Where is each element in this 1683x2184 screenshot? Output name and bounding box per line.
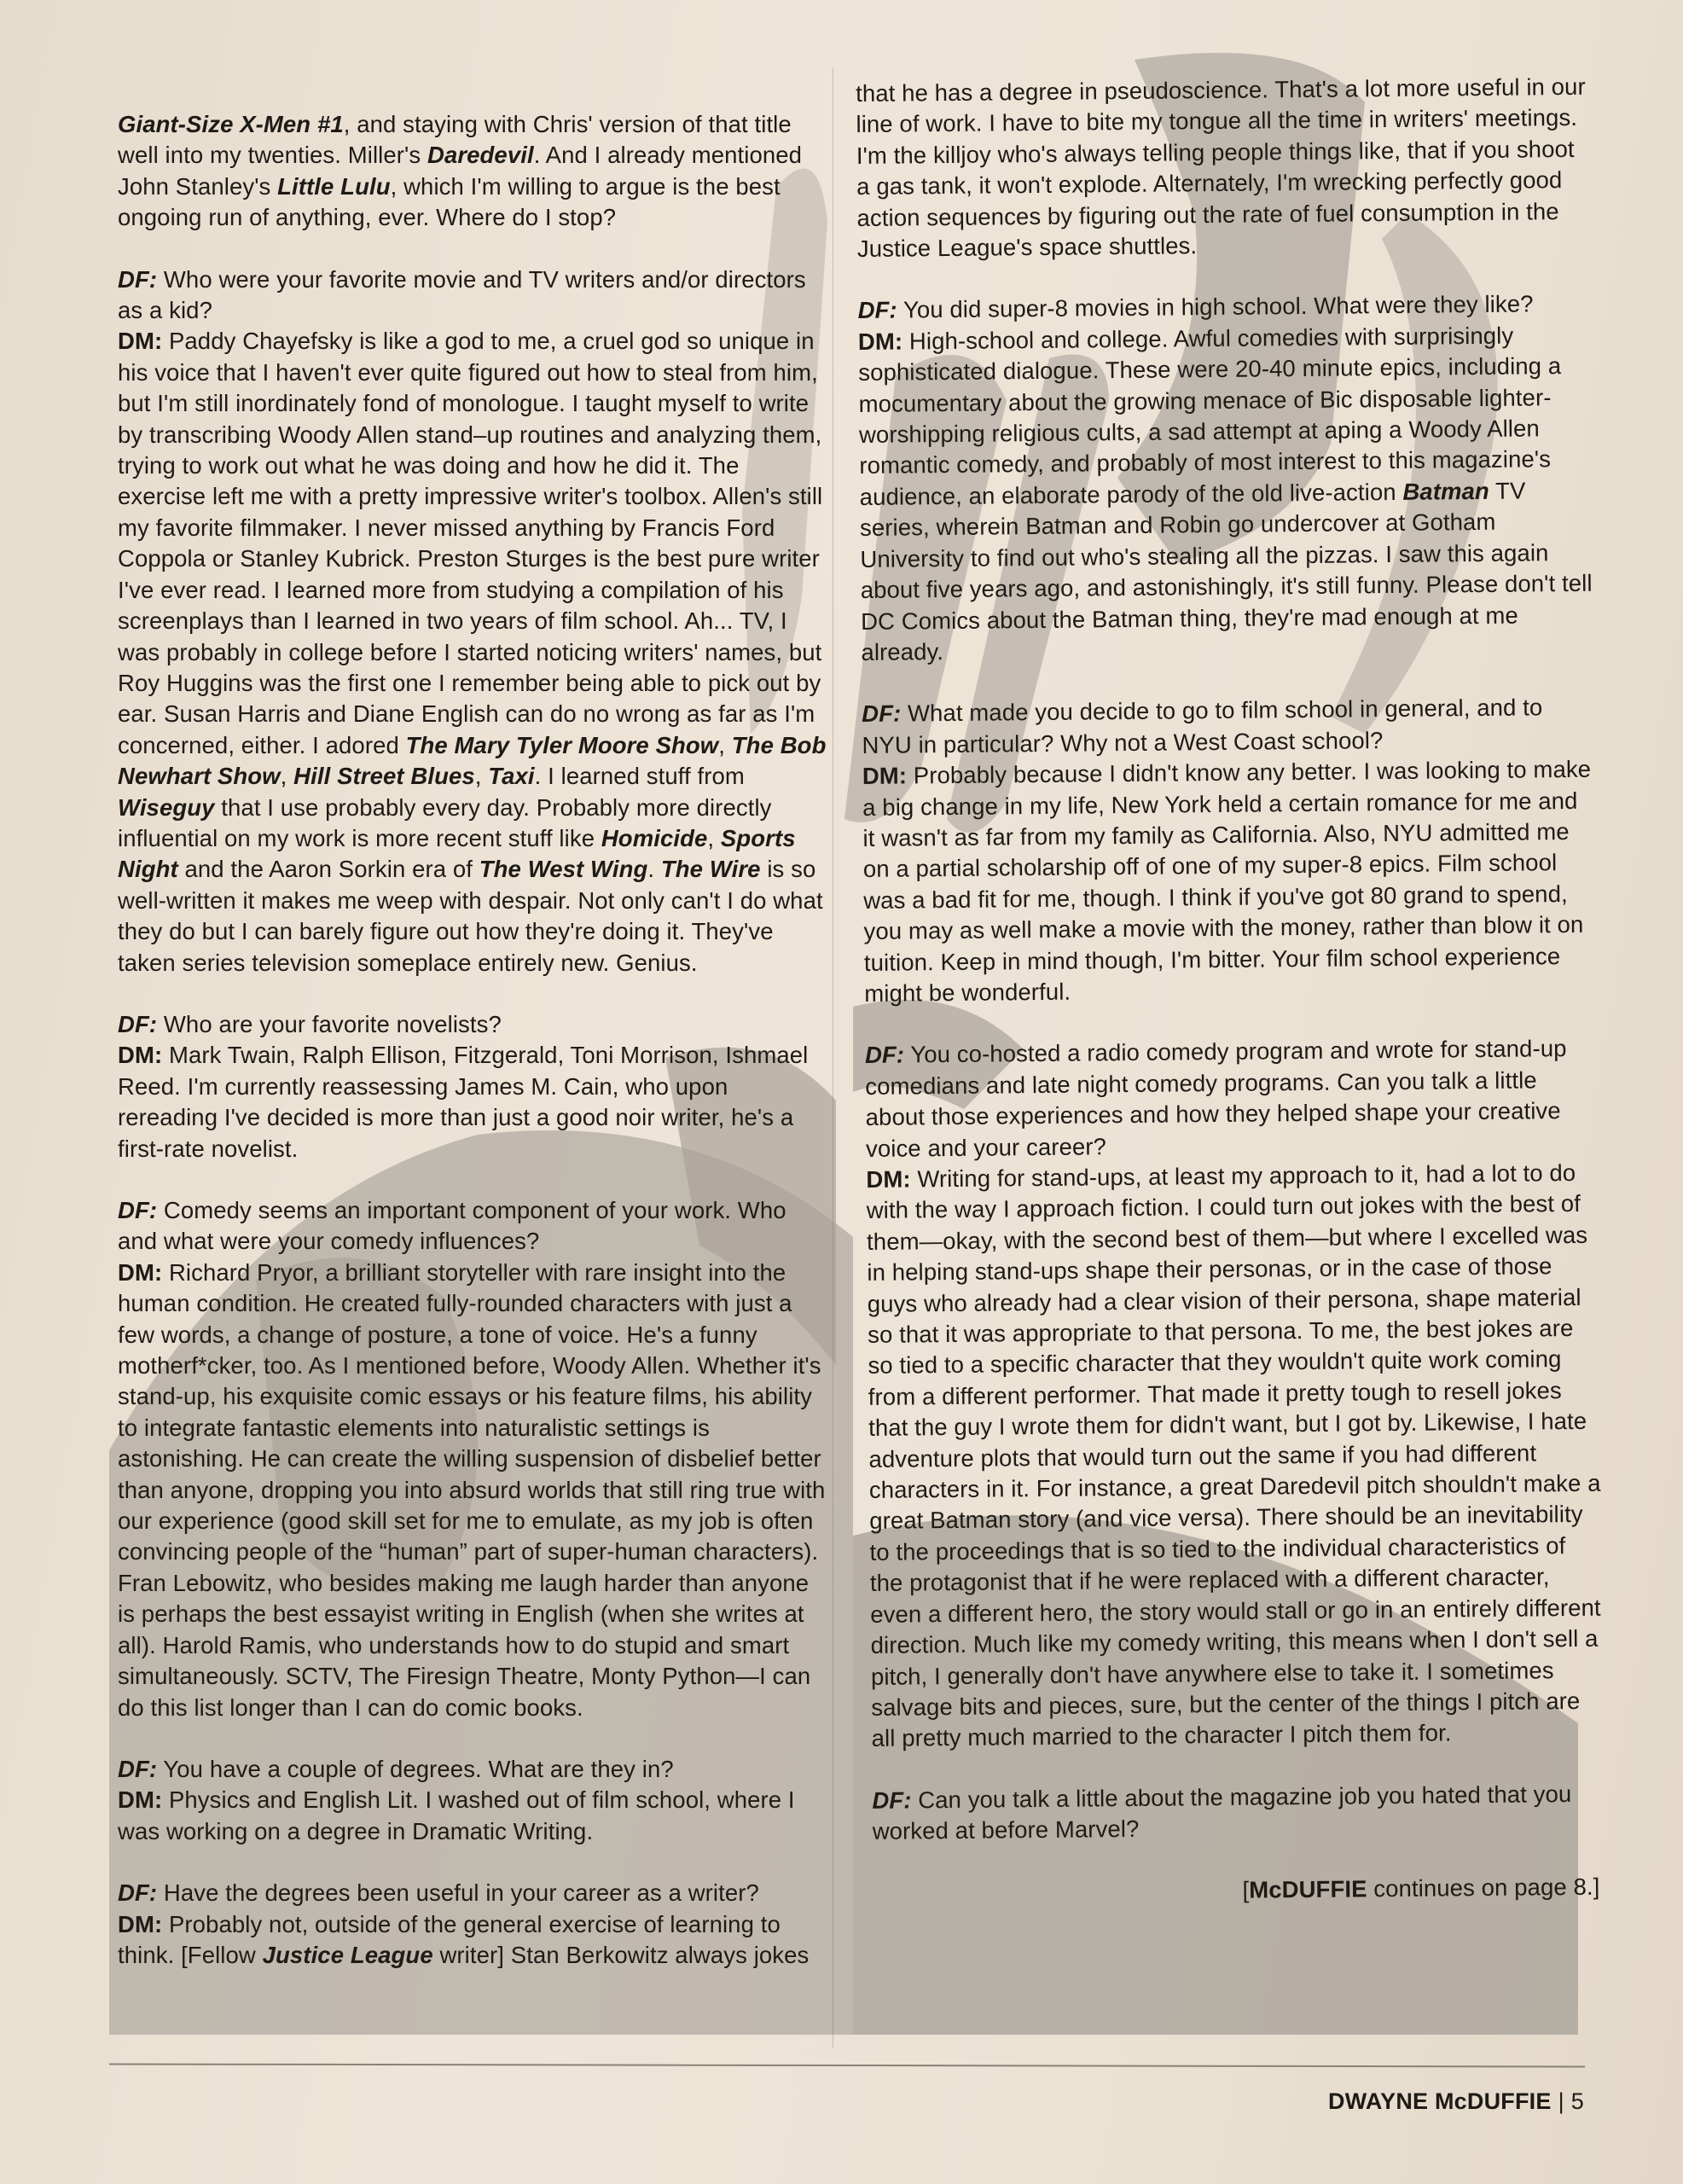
- question: DF: Comedy seems an important component …: [118, 1195, 827, 1258]
- continued-paragraph: that he has a degree in pseudoscience. T…: [856, 72, 1589, 265]
- answer: DM: Richard Pryor, a brilliant storytell…: [118, 1258, 827, 1723]
- answer: DM: Paddy Chayefsky is like a god to me,…: [118, 326, 827, 979]
- interviewer-label: DF:: [118, 1197, 157, 1223]
- interviewer-label: DF:: [118, 1011, 157, 1037]
- text-run: that he has a degree in pseudoscience. T…: [856, 73, 1586, 262]
- work-title: Giant-Size X-Men #1: [118, 111, 344, 137]
- interviewee-label: DM:: [118, 1259, 162, 1286]
- text-run: Writing for stand-ups, at least my appro…: [867, 1159, 1601, 1751]
- question: DF: Can you talk a little about the maga…: [872, 1778, 1605, 1847]
- paragraph: Giant-Size X-Men #1, and staying with Ch…: [118, 109, 827, 234]
- text-run: You co-hosted a radio comedy program and…: [865, 1035, 1567, 1161]
- continued-paragraph: Giant-Size X-Men #1, and staying with Ch…: [118, 109, 827, 234]
- answer: DM: Mark Twain, Ralph Ellison, Fitzgeral…: [118, 1040, 827, 1165]
- right-column: that he has a degree in pseudoscience. T…: [856, 72, 1605, 1909]
- paragraph: that he has a degree in pseudoscience. T…: [856, 72, 1589, 265]
- interviewee-label: DM:: [118, 328, 162, 354]
- interviewer-label: DF:: [872, 1786, 911, 1813]
- qa-block: DF: Who are your favorite novelists?DM: …: [118, 1009, 827, 1165]
- text-run: ,: [707, 825, 720, 851]
- interviewee-label: DM:: [118, 1911, 162, 1937]
- text-run: Probably because I didn't know any bette…: [862, 756, 1591, 1007]
- footer-name: DWAYNE McDUFFIE: [1328, 2088, 1552, 2114]
- continued-text: continues on page 8.]: [1367, 1873, 1599, 1902]
- footer-separator: |: [1558, 2088, 1564, 2114]
- answer: DM: Physics and English Lit. I washed ou…: [118, 1785, 827, 1847]
- text-run: Richard Pryor, a brilliant storyteller w…: [118, 1259, 825, 1721]
- text-run: ,: [718, 732, 731, 758]
- work-title: Taxi: [488, 763, 534, 789]
- continued-name: McDUFFIE: [1249, 1875, 1367, 1902]
- answer: DM: Writing for stand-ups, at least my a…: [866, 1158, 1604, 1755]
- interviewer-label: DF:: [862, 700, 901, 727]
- interviewer-label: DF:: [118, 1756, 157, 1782]
- text-run: You have a couple of degrees. What are t…: [157, 1756, 674, 1782]
- answer: DM: High-school and college. Awful comed…: [858, 320, 1593, 669]
- interviewee-label: DM:: [858, 328, 903, 354]
- work-title: The West Wing: [479, 856, 648, 882]
- interviewer-label: DF:: [865, 1042, 904, 1068]
- answer: DM: Probably not, outside of the general…: [118, 1909, 827, 1972]
- work-title: Little Lulu: [277, 173, 390, 200]
- qa-block: DF: What made you decide to go to film s…: [862, 692, 1596, 1009]
- work-title: Wiseguy: [118, 794, 215, 821]
- text-run: Who were your favorite movie and TV writ…: [118, 266, 806, 323]
- work-title: Hill Street Blues: [293, 763, 475, 789]
- text-run: Physics and English Lit. I washed out of…: [118, 1786, 795, 1844]
- qa-block: DF: You did super-8 movies in high schoo…: [857, 288, 1593, 668]
- text-run: Have the degrees been useful in your car…: [157, 1879, 759, 1906]
- text-run: You did super-8 movies in high school. W…: [897, 291, 1534, 323]
- text-run: Paddy Chayefsky is like a god to me, a c…: [118, 328, 822, 758]
- qa-block: DF: Have the degrees been useful in your…: [118, 1878, 827, 1971]
- question: DF: Who are your favorite novelists?: [118, 1009, 827, 1040]
- text-run: ,: [281, 763, 293, 789]
- work-title: Batman: [1402, 478, 1489, 505]
- qa-block: DF: Who were your favorite movie and TV …: [118, 264, 827, 979]
- interviewee-label: DM:: [866, 1165, 911, 1193]
- question: DF: You have a couple of degrees. What a…: [118, 1754, 827, 1785]
- question: DF: What made you decide to go to film s…: [862, 692, 1594, 761]
- left-column: Giant-Size X-Men #1, and staying with Ch…: [118, 109, 827, 2001]
- qa-block: DF: You co-hosted a radio comedy program…: [865, 1033, 1604, 1755]
- interviewer-label: DF:: [118, 266, 157, 293]
- question: DF: You co-hosted a radio comedy program…: [865, 1033, 1598, 1165]
- text-run: Can you talk a little about the magazine…: [873, 1780, 1572, 1844]
- text-run: and the Aaron Sorkin era of: [178, 856, 479, 882]
- work-title: The Mary Tyler Moore Show: [406, 732, 719, 758]
- question: DF: Have the degrees been useful in your…: [118, 1878, 827, 1908]
- text-run: ,: [475, 763, 488, 789]
- qa-block: DF: Comedy seems an important component …: [118, 1195, 827, 1723]
- work-title: Justice League: [263, 1942, 433, 1968]
- text-run: . I learned stuff from: [535, 763, 745, 789]
- text-run: What made you decide to go to film schoo…: [862, 694, 1542, 758]
- interviewee-label: DM:: [862, 763, 908, 790]
- work-title: Daredevil: [427, 142, 534, 168]
- interviewee-label: DM:: [118, 1786, 162, 1813]
- interviewer-label: DF:: [857, 297, 897, 323]
- magazine-page: Giant-Size X-Men #1, and staying with Ch…: [0, 0, 1683, 2184]
- work-title: Homicide: [601, 825, 708, 851]
- question: DF: Who were your favorite movie and TV …: [118, 264, 827, 327]
- column-divider: [833, 68, 833, 2047]
- footer-rule: [109, 2063, 1585, 2067]
- text-run: Mark Twain, Ralph Ellison, Fitzgerald, T…: [118, 1042, 808, 1161]
- qa-block: DF: You have a couple of degrees. What a…: [118, 1754, 827, 1847]
- text-run: Comedy seems an important component of y…: [118, 1197, 786, 1254]
- text-run: Who are your favorite novelists?: [157, 1011, 502, 1037]
- interviewee-label: DM:: [118, 1042, 162, 1068]
- continued-note: [McDUFFIE continues on page 8.]: [873, 1871, 1605, 1909]
- page-number: 5: [1571, 2088, 1584, 2114]
- answer: DM: Probably because I didn't know any b…: [862, 754, 1597, 1009]
- text-run: writer] Stan Berkowitz always jokes: [433, 1942, 810, 1968]
- running-footer: DWAYNE McDUFFIE|5: [1328, 2088, 1584, 2115]
- work-title: The Wire: [661, 856, 761, 882]
- qa-block: DF: Can you talk a little about the maga…: [872, 1778, 1605, 1847]
- text-run: .: [647, 856, 660, 882]
- interviewer-label: DF:: [118, 1879, 157, 1906]
